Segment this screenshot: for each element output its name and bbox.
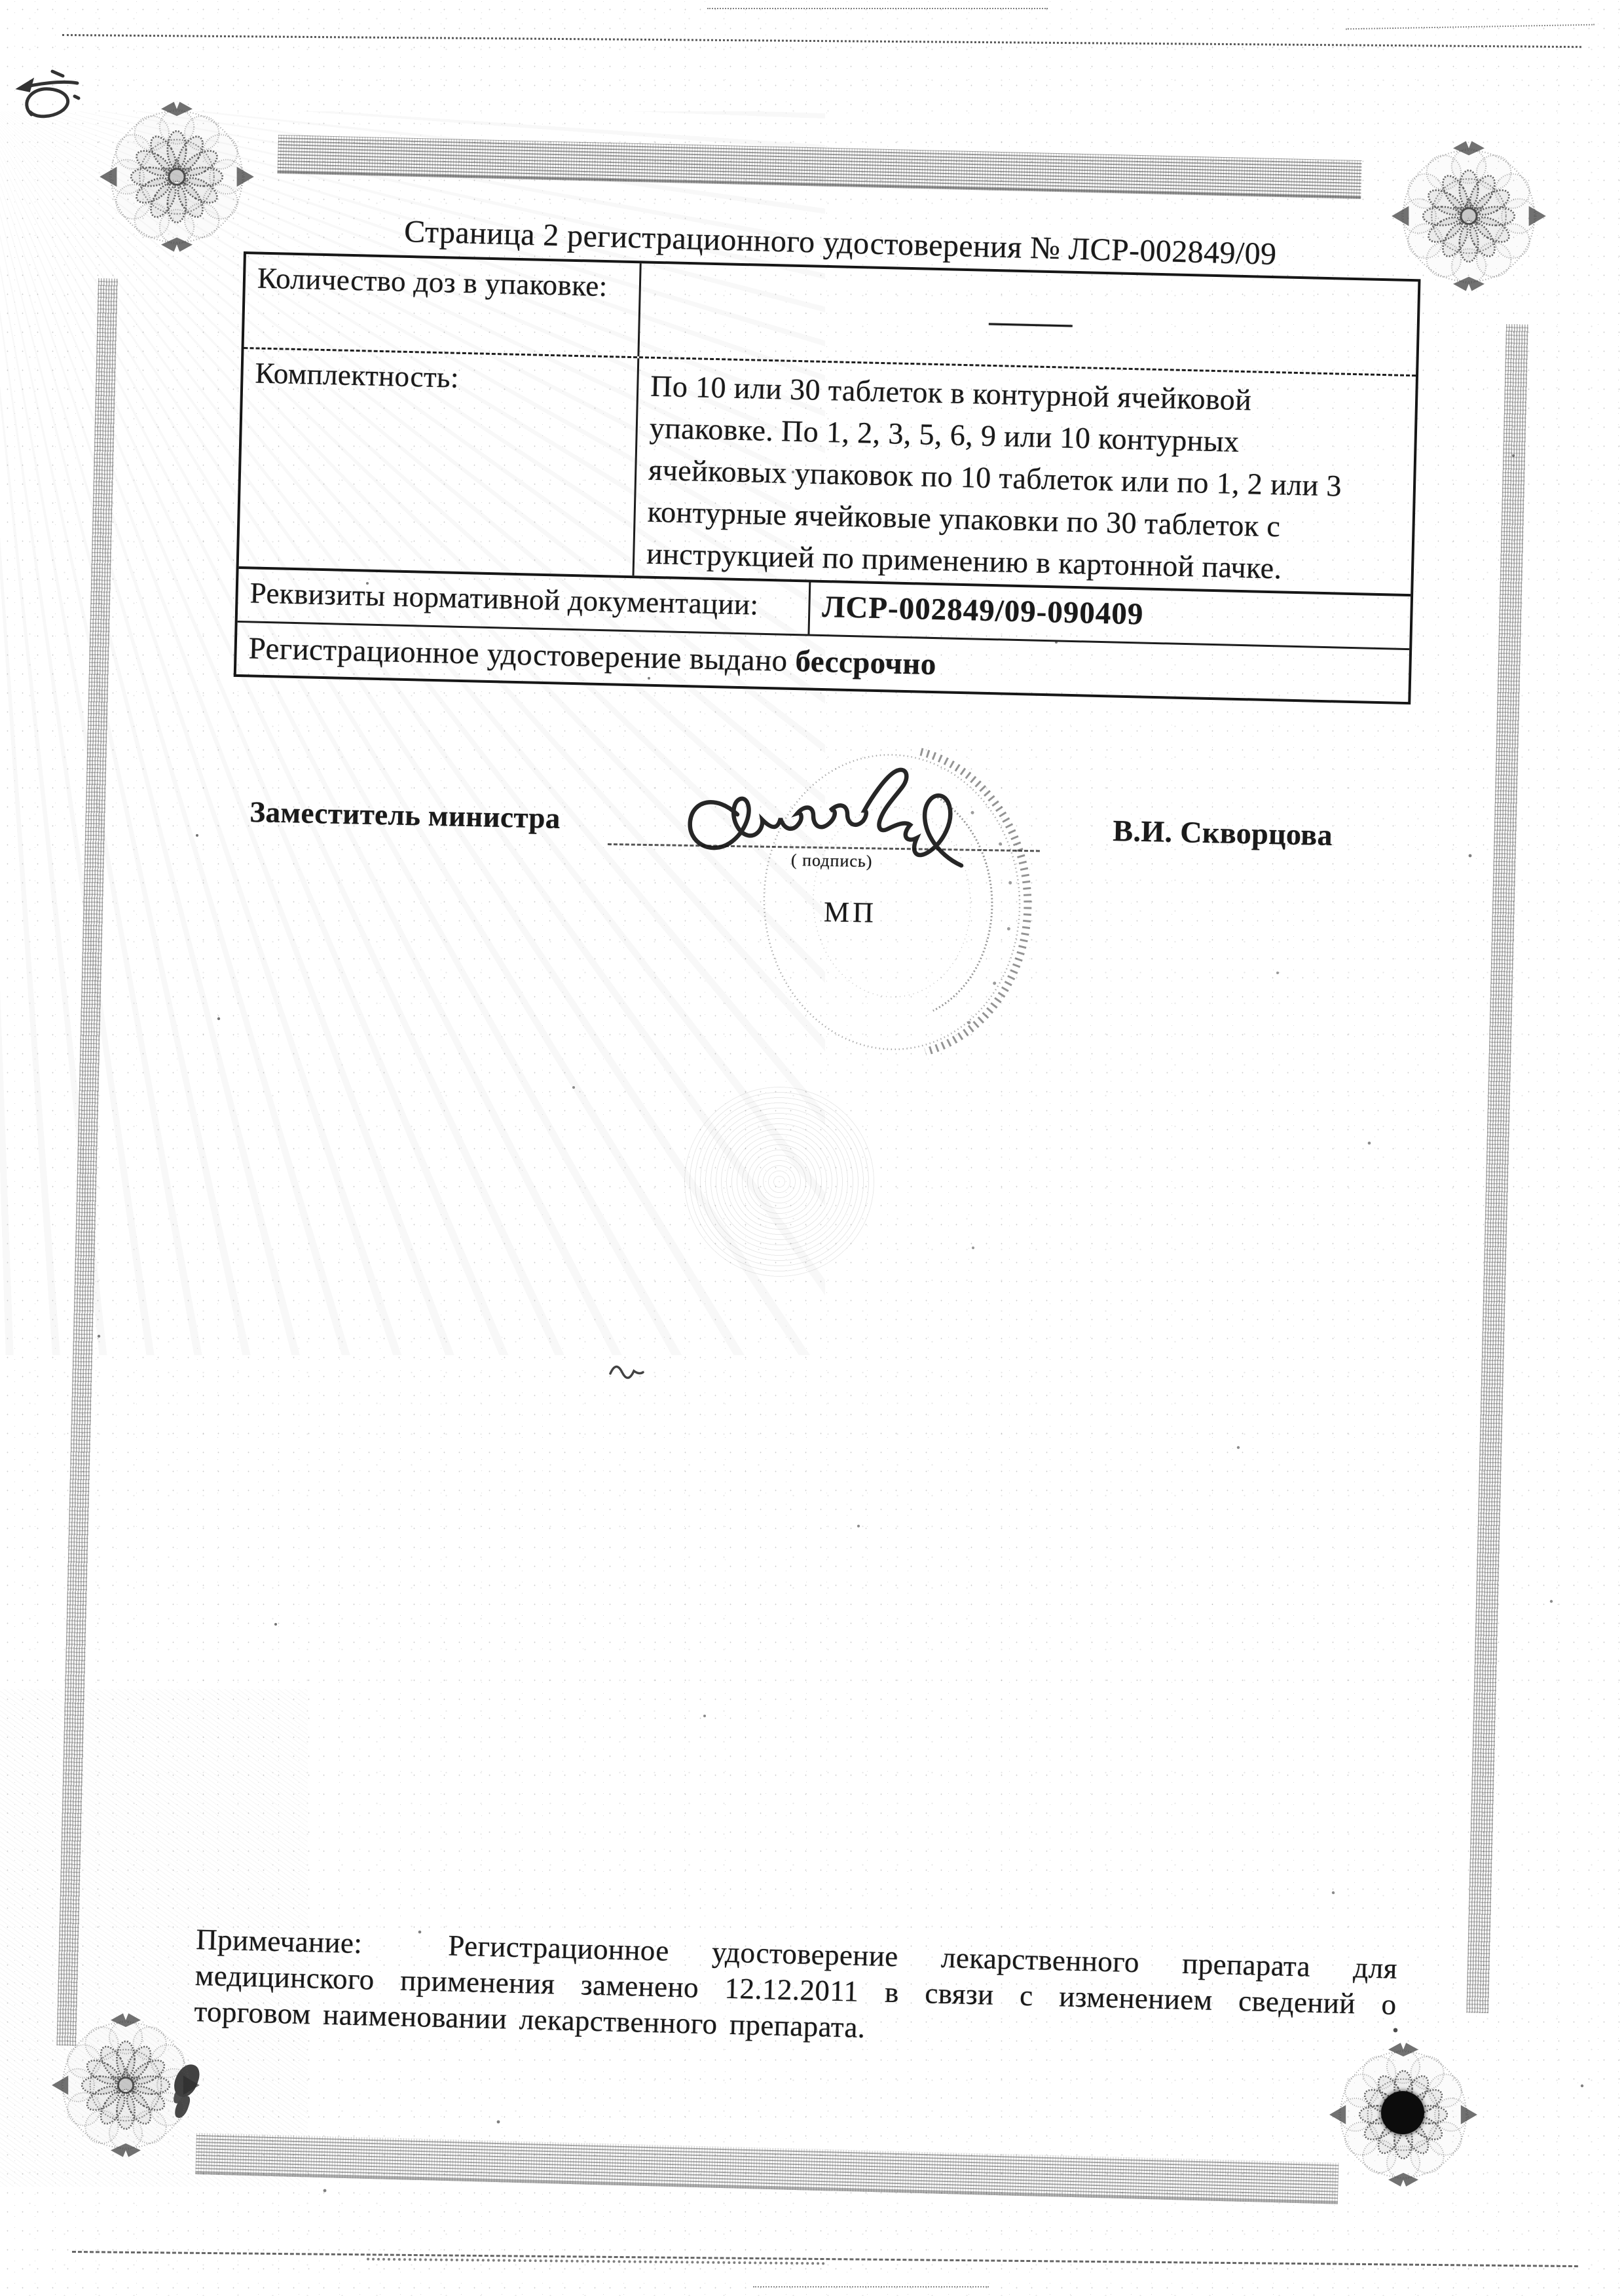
top-dotted-rule <box>62 34 1581 48</box>
row-label: Комплектность: <box>239 349 640 575</box>
scanned-certificate-page: Страница 2 регистрационного удостоверени… <box>0 0 1624 2296</box>
frame-band-bottom <box>195 2133 1338 2204</box>
top-right-dotted-marks <box>1346 24 1595 30</box>
scan-speckles <box>0 0 1 1</box>
frame-band-right <box>1466 324 1528 2013</box>
dash-value: — <box>989 306 1073 338</box>
note-paragraph: Примечание: Регистрационное удостоверени… <box>194 1922 1397 2059</box>
rosette-bottom-left-icon <box>50 2010 201 2160</box>
signer-position-label: Заместитель министра <box>249 795 561 835</box>
signer-name: В.И. Скворцова <box>1113 813 1333 852</box>
round-seal-stamp <box>738 731 1043 1073</box>
row-value: — <box>639 263 1418 374</box>
punch-hole-mark <box>1381 2091 1424 2134</box>
row-value: По 10 или 30 таблеток в контурной ячейко… <box>634 358 1415 594</box>
note-label: Примечание: <box>196 1923 363 1959</box>
bottom-dotted-marks <box>753 2286 989 2287</box>
watermark-ring <box>684 1087 874 1277</box>
registration-table: Количество доз в упаковке: — Комплектнос… <box>234 251 1421 704</box>
handwritten-mark <box>12 62 123 147</box>
small-pen-squiggle <box>608 1358 647 1384</box>
validity-term: бессрочно <box>795 644 936 682</box>
note-text: Регистрационное удостоверение лекарствен… <box>194 1929 1397 2044</box>
top-dotted-marks <box>707 8 1048 9</box>
row-label: Количество доз в упаковке: <box>244 254 642 356</box>
table-row-package: Комплектность: По 10 или 30 таблеток в к… <box>239 349 1416 596</box>
